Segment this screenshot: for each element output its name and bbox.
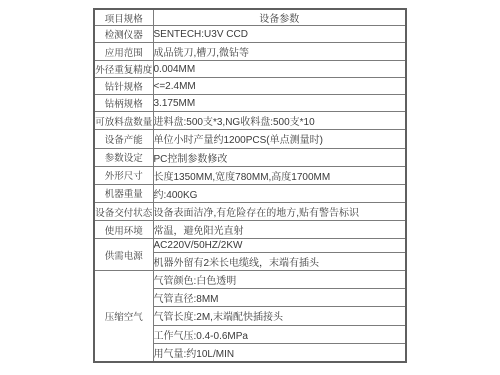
row-label: 使用环境	[94, 221, 153, 239]
row-value: 气管长度:2M,末端配快插接头	[153, 307, 406, 325]
table-row: 机器重量 约:400KG	[94, 184, 406, 202]
table-row: 钻针规格 <=2.4MM	[94, 78, 406, 95]
spec-table: 项目规格 设备参数 检测仪器 SENTECH:U3V CCD 应用范围 成品铣刀…	[93, 8, 407, 363]
row-value: 3.175MM	[153, 95, 406, 112]
row-label: 钻针规格	[94, 78, 153, 95]
row-label: 检测仪器	[94, 26, 153, 43]
row-label: 外径重复精度	[94, 61, 153, 78]
row-label: 参数设定	[94, 148, 153, 166]
row-label: 压缩空气	[94, 271, 153, 362]
row-label: 可放料盘数量	[94, 112, 153, 130]
row-value: SENTECH:U3V CCD	[153, 26, 406, 43]
row-label: 设备产能	[94, 130, 153, 148]
row-value: 常温，避免阳光直射	[153, 221, 406, 239]
table-row: 参数设定 PC控制参数修改	[94, 148, 406, 166]
row-value: AC220V/50HZ/2KW	[153, 239, 406, 253]
row-label: 供需电源	[94, 239, 153, 271]
row-value: 工作气压:0.4-0.6MPa	[153, 325, 406, 343]
table-row: 外径重复精度 0.004MM	[94, 61, 406, 78]
table-row: 设备交付状态 设备表面洁净,有危险存在的地方,贴有警告标识	[94, 203, 406, 221]
row-value: 约:400KG	[153, 184, 406, 202]
row-value: 设备表面洁净,有危险存在的地方,贴有警告标识	[153, 203, 406, 221]
header-item-spec: 项目规格	[94, 9, 153, 26]
table-row: 检测仪器 SENTECH:U3V CCD	[94, 26, 406, 43]
row-value: 成品铣刀,槽刀,微钻等	[153, 43, 406, 61]
row-value: 长度1350MM,宽度780MM,高度1700MM	[153, 166, 406, 184]
table-header-row: 项目规格 设备参数	[94, 9, 406, 26]
row-label: 机器重量	[94, 184, 153, 202]
row-value: 单位小时产量约1200PCS(单点测量时)	[153, 130, 406, 148]
row-value: 进料盘:500支*3,NG收料盘:500支*10	[153, 112, 406, 130]
table-row-compressed-air: 压缩空气 气管颜色:白色透明	[94, 271, 406, 289]
row-label: 外形尺寸	[94, 166, 153, 184]
row-label: 钻柄规格	[94, 95, 153, 112]
table-row: 应用范围 成品铣刀,槽刀,微钻等	[94, 43, 406, 61]
row-value: 0.004MM	[153, 61, 406, 78]
table-row-power-supply: 供需电源 AC220V/50HZ/2KW	[94, 239, 406, 253]
row-label: 设备交付状态	[94, 203, 153, 221]
table-row: 可放料盘数量 进料盘:500支*3,NG收料盘:500支*10	[94, 112, 406, 130]
row-value: PC控制参数修改	[153, 148, 406, 166]
table-row: 外形尺寸 长度1350MM,宽度780MM,高度1700MM	[94, 166, 406, 184]
row-value: <=2.4MM	[153, 78, 406, 95]
table-row: 使用环境 常温，避免阳光直射	[94, 221, 406, 239]
table-row: 钻柄规格 3.175MM	[94, 95, 406, 112]
row-value: 机器外留有2米长电缆线，末端有插头	[153, 252, 406, 270]
row-label: 应用范围	[94, 43, 153, 61]
header-device-params: 设备参数	[153, 9, 406, 26]
row-value: 气管直径:8MM	[153, 289, 406, 307]
row-value: 气管颜色:白色透明	[153, 271, 406, 289]
table-row: 设备产能 单位小时产量约1200PCS(单点测量时)	[94, 130, 406, 148]
spec-sheet: 项目规格 设备参数 检测仪器 SENTECH:U3V CCD 应用范围 成品铣刀…	[93, 8, 407, 363]
row-value: 用气量:约10L/MIN	[153, 343, 406, 362]
